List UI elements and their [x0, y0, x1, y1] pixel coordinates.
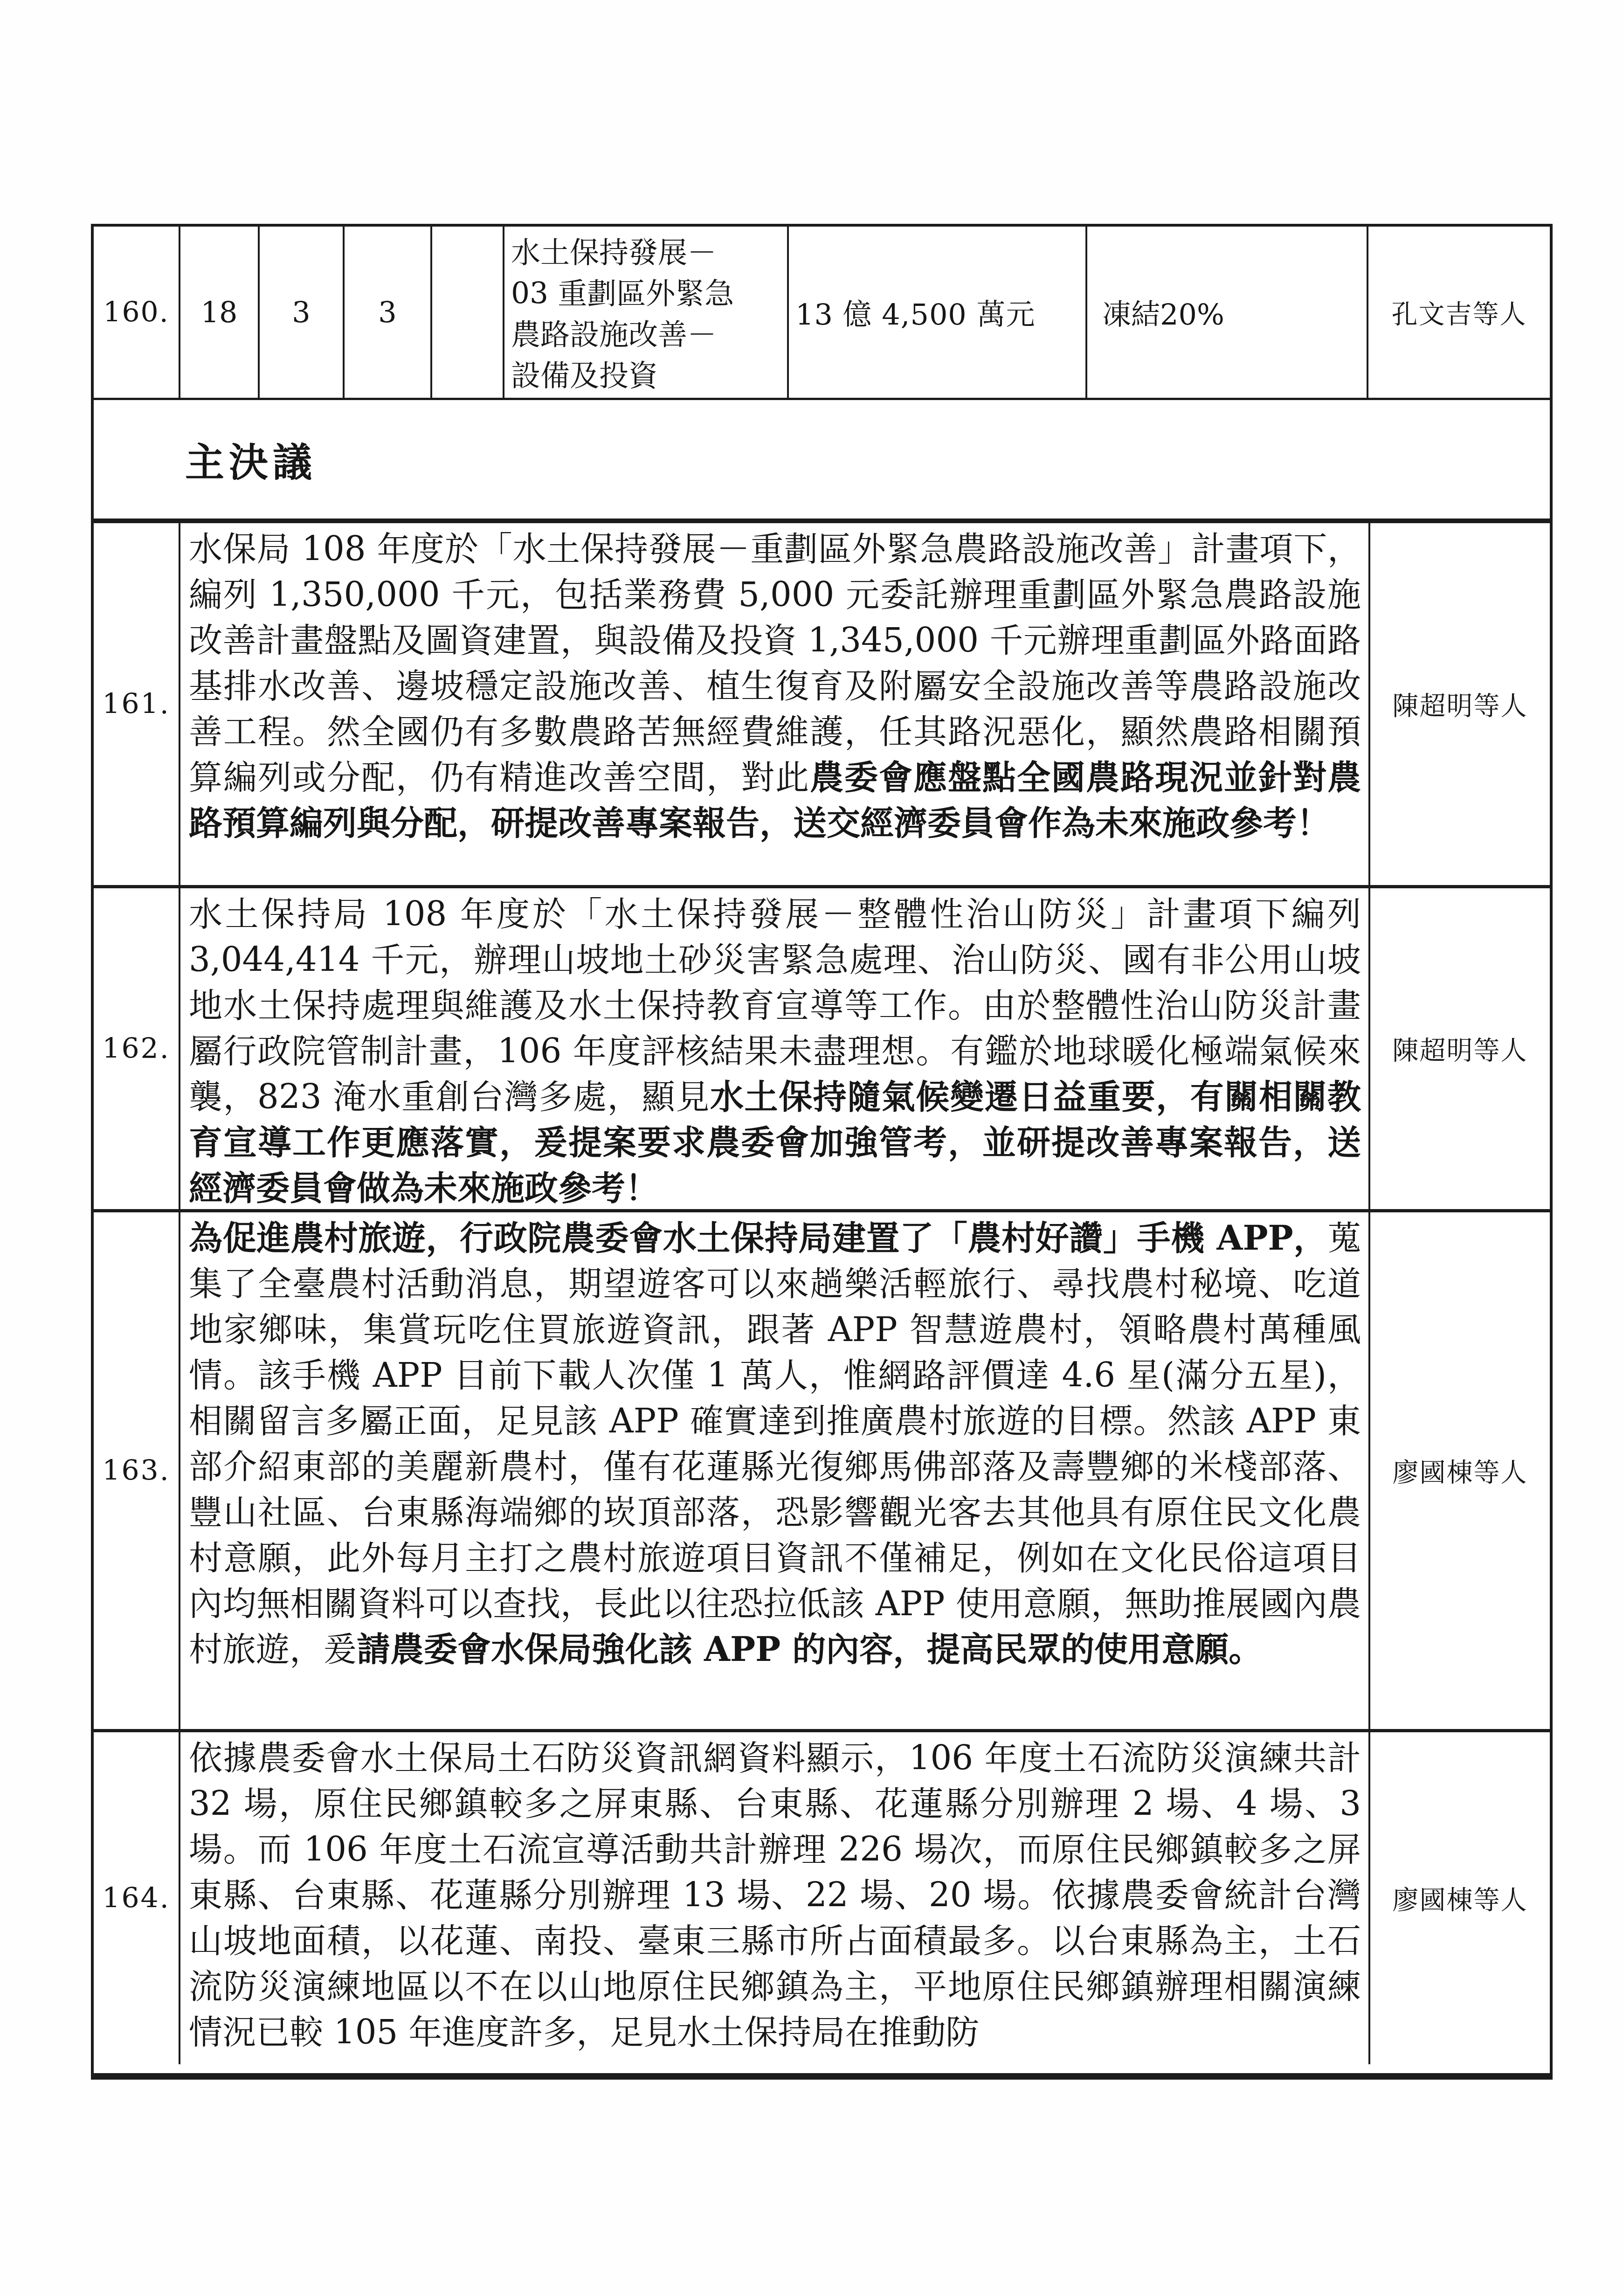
row-number: 160.: [94, 227, 180, 398]
resolution-text: 水保局 108 年度於「水土保持發展－重劃區外緊急農路設施改善」計畫項下，編列 …: [180, 523, 1370, 885]
resolution-text-segment: 依據農委會水土保局土石防災資訊網資料顯示，106 年度土石流防災演練共計 32 …: [189, 1738, 1361, 2052]
row-number: 161.: [94, 523, 180, 885]
proposer-name: 陳超明等人: [1370, 523, 1550, 885]
budget-subcode-2: 3: [345, 227, 432, 398]
resolution-text-emphasis: 請農委會水保局強化該 APP 的內容，提高民眾的使用意願。: [357, 1629, 1262, 1669]
resolution-row-162: 162.水土保持局 108 年度於「水土保持發展－整體性治山防災」計畫項下編列 …: [94, 888, 1550, 1212]
row-number: 163.: [94, 1212, 180, 1729]
resolution-text: 依據農委會水土保局土石防災資訊網資料顯示，106 年度土石流防災演練共計 32 …: [180, 1732, 1370, 2064]
resolution-row-163: 163.為促進農村旅遊，行政院農委會水土保持局建置了「農村好讚」手機 APP，蒐…: [94, 1212, 1550, 1732]
resolution-text: 為促進農村旅遊，行政院農委會水土保持局建置了「農村好讚」手機 APP，蒐集了全臺…: [180, 1212, 1370, 1729]
resolution-text-segment: 水保局 108 年度於「水土保持發展－重劃區外緊急農路設施改善」計畫項下，編列 …: [189, 529, 1361, 797]
resolution-text-emphasis: 為促進農村旅遊，行政院農委會水土保持局建置了「農村好讚」手機 APP，: [189, 1218, 1327, 1258]
proposer-name: 陳超明等人: [1370, 888, 1550, 1209]
freeze-action: 凍結20%: [1087, 227, 1368, 398]
proposer-name: 孔文吉等人: [1368, 227, 1550, 398]
budget-item-name: 水土保持發展－ 03 重劃區外緊急 農路設施改善－ 設備及投資: [504, 227, 789, 398]
section-title: 主決議: [185, 431, 317, 488]
row-number: 162.: [94, 888, 180, 1209]
proposer-name: 廖國棟等人: [1370, 1732, 1550, 2064]
budget-code: 18: [180, 227, 260, 398]
proposer-name: 廖國棟等人: [1370, 1212, 1550, 1729]
resolution-row-161: 161.水保局 108 年度於「水土保持發展－重劃區外緊急農路設施改善」計畫項下…: [94, 523, 1550, 888]
resolution-row-164: 164.依據農委會水土保局土石防災資訊網資料顯示，106 年度土石流防災演練共計…: [94, 1732, 1550, 2064]
empty-column: [432, 227, 504, 398]
resolution-text: 水土保持局 108 年度於「水土保持發展－整體性治山防災」計畫項下編列 3,04…: [180, 888, 1370, 1209]
budget-amount: 13 億 4,500 萬元: [789, 227, 1087, 398]
scanned-page: 160. 18 3 3 水土保持發展－ 03 重劃區外緊急 農路設施改善－ 設備…: [0, 0, 1623, 2296]
row-number: 164.: [94, 1732, 180, 2064]
budget-subcode-1: 3: [260, 227, 345, 398]
resolution-rows: 161.水保局 108 年度於「水土保持發展－重劃區外緊急農路設施改善」計畫項下…: [94, 523, 1550, 2064]
budget-item-row-160: 160. 18 3 3 水土保持發展－ 03 重劃區外緊急 農路設施改善－ 設備…: [94, 227, 1550, 400]
resolution-text-segment: 蒐集了全臺農村活動消息，期望遊客可以來趟樂活輕旅行、尋找農村秘境、吃道地家鄉味，…: [189, 1218, 1361, 1669]
resolution-table: 160. 18 3 3 水土保持發展－ 03 重劃區外緊急 農路設施改善－ 設備…: [91, 224, 1553, 2080]
section-header-row: 主決議: [94, 400, 1550, 523]
